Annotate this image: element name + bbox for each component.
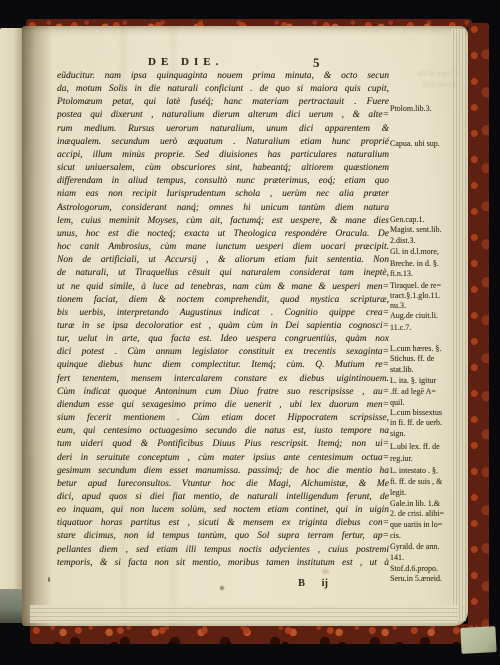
body-text-line: pellantes diem , sed etiam illi tempus n… [57, 544, 389, 557]
margin-note: que uariis in lo= [390, 520, 442, 530]
cover-corner [460, 626, 496, 654]
margin-note: 141. [390, 553, 404, 563]
body-text-line: sicut uniuersalem, cùm obscuriores sint,… [57, 162, 389, 175]
body-text-line: accipi, illum minùs proprie. Sed diuisio… [57, 149, 389, 162]
body-text-line: turæ in se ipsa decoloratior est , quàm … [57, 320, 389, 333]
margin-note: Aug.de ciuit.li. [390, 311, 438, 321]
body-text-line: deri in seruitute conceptum , cùm mater … [57, 452, 389, 465]
foxing-spot [112, 526, 117, 530]
margin-note: L.ubi lex. ff. de [390, 442, 440, 452]
body-text-line: rum medium. Rursus uerorum naturalium, u… [57, 123, 389, 136]
foxing-spot [322, 569, 329, 574]
margin-note: Stof.d.6.propo. [390, 564, 438, 574]
body-text-line: da, motum Solis in die naturali conficiu… [57, 83, 389, 96]
running-title: DE DIE. [148, 56, 223, 68]
body-text-line: Cùm indicat quoque Antoninum cum Diuo fr… [57, 386, 389, 399]
body-text-line: dici potest . Cùm annum legislator const… [57, 346, 389, 359]
body-text-line: bis uerbis, interpretando Augustinus ind… [57, 307, 389, 320]
body-text-line: hoc canit Ambrosius, cùm mane iunctum ue… [57, 241, 389, 254]
body-text-line: Non de artificiali, ut Accursij , & alio… [57, 254, 389, 267]
body-text-line: temporis, & si facta non sit mentio, mor… [57, 557, 389, 570]
margin-note: L. ita. §. igitur [390, 376, 436, 386]
margin-note: legit. [390, 488, 406, 498]
body-text-line: tiquatuor horas partitus est , sicuti & … [57, 517, 389, 530]
margin-note: Stichus. ff. de [390, 354, 434, 364]
body-text-line: Ptolomæum petat, qui latè fuséq́; hanc m… [57, 96, 389, 109]
body-text-line: sium fecerit mentionem . Cùm etiam docet… [57, 412, 389, 425]
body-text-line: dici, apud quos si diei fiat mentio, de … [57, 491, 389, 504]
photograph-background: Cicero ill.lib.uersus ibid. DE DIE. 5 eũ… [0, 0, 500, 665]
margin-note: L. intestato . §. [390, 466, 438, 476]
body-text-line: unus, hoc est die nocteq́; exacta ut The… [57, 228, 389, 241]
body-text-line: tur, uelut in arte, qua facta est. Ideo … [57, 333, 389, 346]
margin-note: fi.n.13. [390, 269, 413, 279]
foxing-spot [360, 481, 365, 485]
margin-note: reg.iur. [390, 454, 413, 464]
body-text-line: quinque diebus hunc diem complectitur. I… [57, 359, 389, 372]
margin-note: in fi. ff. de uerb. [390, 418, 442, 428]
body-text-line: postea qui dixerunt , naturalium dierum … [57, 109, 389, 122]
margin-note: Capua. ubi sup. [390, 139, 440, 149]
gutter-shadow [22, 26, 52, 626]
body-text-block: eũducitur. nam ipsa quinquaginta nouem p… [57, 70, 389, 570]
body-text-line: fert tenentem, mensem intercalarem const… [57, 373, 389, 386]
margin-note: Seru.in 5.æneid. [390, 574, 442, 584]
margin-note: 11.c.7. [390, 323, 411, 333]
body-text-line: betur apud Iureconsultos. Vtuntur hoc di… [57, 478, 389, 491]
margin-note: Gale.in lib. 1.& [390, 499, 440, 509]
margin-note: Gen.cap.1. [390, 215, 424, 225]
signature-mark: B ij [298, 578, 328, 589]
body-text-line: tionem faciat, diem & noctem comprehendi… [57, 294, 389, 307]
body-text-line: eo inquam, qui non lucem solùm, sed noct… [57, 504, 389, 517]
margin-notes-column: Ptolom.lib.3.Capua. ubi sup.Gen.cap.1.Ma… [390, 26, 470, 626]
body-text-line: tum uideri quod & Pontificibus Diuus Piu… [57, 438, 389, 451]
body-text-line: niam eas non recipit Iurisprudentum scho… [57, 188, 389, 201]
margin-note: .ff. ad legē A= [390, 387, 436, 397]
margin-note: cis. [390, 531, 401, 541]
margin-note: L.cum hæres. §. [390, 344, 441, 354]
body-text-line: stare dicimus, non id tempus tantùm, quo… [57, 530, 389, 543]
body-text-line: lem, cuius meminit Moyses, cùm ait, fact… [57, 215, 389, 228]
body-text-line: de naturali, ut Tiraquellus cēsuit qui n… [57, 267, 389, 280]
margin-note: tract.§.1.glo.11. [390, 291, 440, 301]
folio-number: 5 [313, 55, 320, 71]
margin-note: Gyrald. de ann. [390, 542, 439, 552]
body-text-line: differendam in aliud tempus, consultò nu… [57, 175, 389, 188]
margin-note: Ptolom.lib.3. [390, 104, 432, 114]
margin-note: stat.lib. [390, 365, 414, 375]
body-text-line: eum, qui centesimo octuagesimo secundo d… [57, 425, 389, 438]
margin-note: fi. ff. de suis , & [390, 477, 442, 487]
margin-note: sign. [390, 429, 405, 439]
margin-note: Gl. in d.l.more, [390, 247, 439, 257]
ink-speck [220, 586, 224, 590]
book-fore-edge-marbled [468, 23, 489, 641]
margin-note: nu.3. [390, 301, 406, 311]
body-text-line: eũducitur. nam ipsa quinquaginta nouem p… [57, 70, 389, 83]
ink-speck [48, 577, 50, 582]
book-page: Cicero ill.lib.uersus ibid. DE DIE. 5 eũ… [22, 26, 468, 626]
body-text-line: diendum esse qui sexagesimo primo die ue… [57, 399, 389, 412]
margin-note: Breche. in d. §. [390, 259, 439, 269]
body-text-line: inæqualem. secundum uerò æquatum . Natur… [57, 136, 389, 149]
table-edge [0, 589, 23, 623]
margin-note: Tiraquel. de re= [390, 281, 441, 291]
body-text-line: ut ne quid simile, à luce ad tenebras, n… [57, 281, 389, 294]
margin-note: Magist. sent.lib. [390, 225, 442, 235]
margin-note: 2.dist.3. [390, 236, 416, 246]
margin-note: quil. [390, 398, 404, 408]
body-text-line: Astrologorum, considerant nanq́; omnes h… [57, 202, 389, 215]
margin-note: 2. de crisi. alibi= [390, 509, 444, 519]
book-bottom-edge-marbled [30, 624, 476, 644]
body-text-line: gesimum secundum diem esset manumissa. p… [57, 465, 389, 478]
margin-note: L.cum bissextus [390, 408, 442, 418]
